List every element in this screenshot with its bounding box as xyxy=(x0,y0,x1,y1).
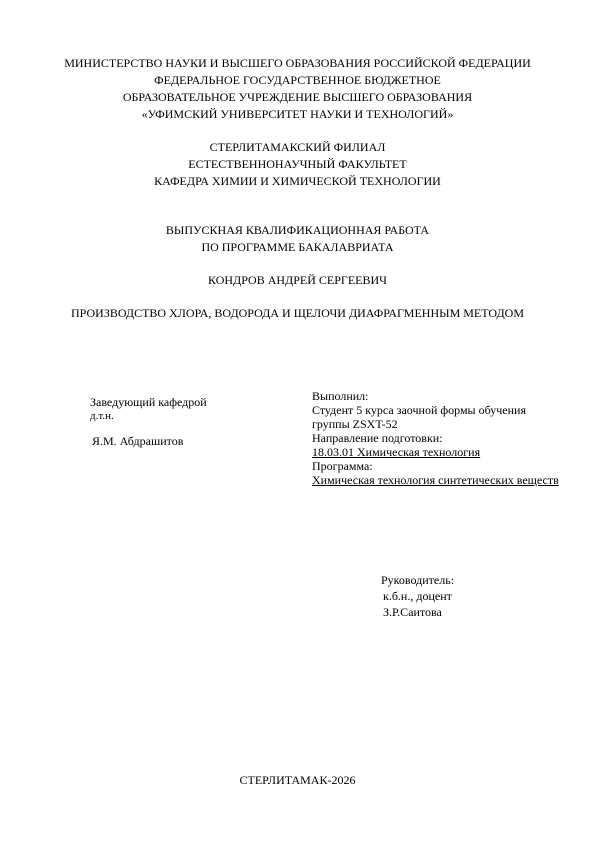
branch-line-faculty: ЕСТЕСТВЕННОНАУЧНЫЙ ФАКУЛЬТЕТ xyxy=(0,157,595,171)
work-type-line-2: ПО ПРОГРАММЕ БАКАЛАВРИАТА xyxy=(0,240,595,254)
thesis-title: ПРОИЗВОДСТВО ХЛОРА, ВОДОРОДА И ЩЕЛОЧИ ДИ… xyxy=(0,306,595,320)
student-group: группы ZSXT-52 xyxy=(312,417,398,431)
program-value: Химическая технология синтетических веще… xyxy=(312,473,559,487)
city-year-footer: СТЕРЛИТАМАК-2026 xyxy=(0,773,595,787)
supervisor-name: З.Р.Саитова xyxy=(383,605,442,619)
work-type-line-1: ВЫПУСКНАЯ КВАЛИФИКАЦИОННАЯ РАБОТА xyxy=(0,223,595,237)
branch-line-filial: СТЕРЛИТАМАКСКИЙ ФИЛИАЛ xyxy=(0,140,595,154)
header-line-university: «УФИМСКИЙ УНИВЕРСИТЕТ НАУКИ И ТЕХНОЛОГИЙ… xyxy=(0,107,595,121)
supervisor-label: Руководитель: xyxy=(381,573,454,587)
head-degree: д.т.н. xyxy=(90,410,114,423)
branch-line-department: КАФЕДРА ХИМИИ И ХИМИЧЕСКОЙ ТЕХНОЛОГИИ xyxy=(0,174,595,188)
program-label: Программа: xyxy=(312,459,373,473)
head-position: Заведующий кафедрой xyxy=(90,395,207,409)
author-name: КОНДРОВ АНДРЕЙ СЕРГЕЕВИЧ xyxy=(0,273,595,287)
performed-by-label: Выполнил: xyxy=(312,389,368,403)
header-line-ministry: МИНИСТЕРСТВО НАУКИ И ВЫСШЕГО ОБРАЗОВАНИЯ… xyxy=(0,56,595,70)
supervisor-degree: к.б.н., доцент xyxy=(383,589,452,603)
direction-value: 18.03.01 Химическая технология xyxy=(312,445,480,459)
head-name: Я.М. Абдрашитов xyxy=(92,434,183,448)
direction-label: Направление подготовки: xyxy=(312,431,443,445)
student-info: Студент 5 курса заочной формы обучения xyxy=(312,403,526,417)
header-line-institution: ОБРАЗОВАТЕЛЬНОЕ УЧРЕЖДЕНИЕ ВЫСШЕГО ОБРАЗ… xyxy=(0,90,595,104)
header-line-federal: ФЕДЕРАЛЬНОЕ ГОСУДАРСТВЕННОЕ БЮДЖЕТНОЕ xyxy=(0,73,595,87)
